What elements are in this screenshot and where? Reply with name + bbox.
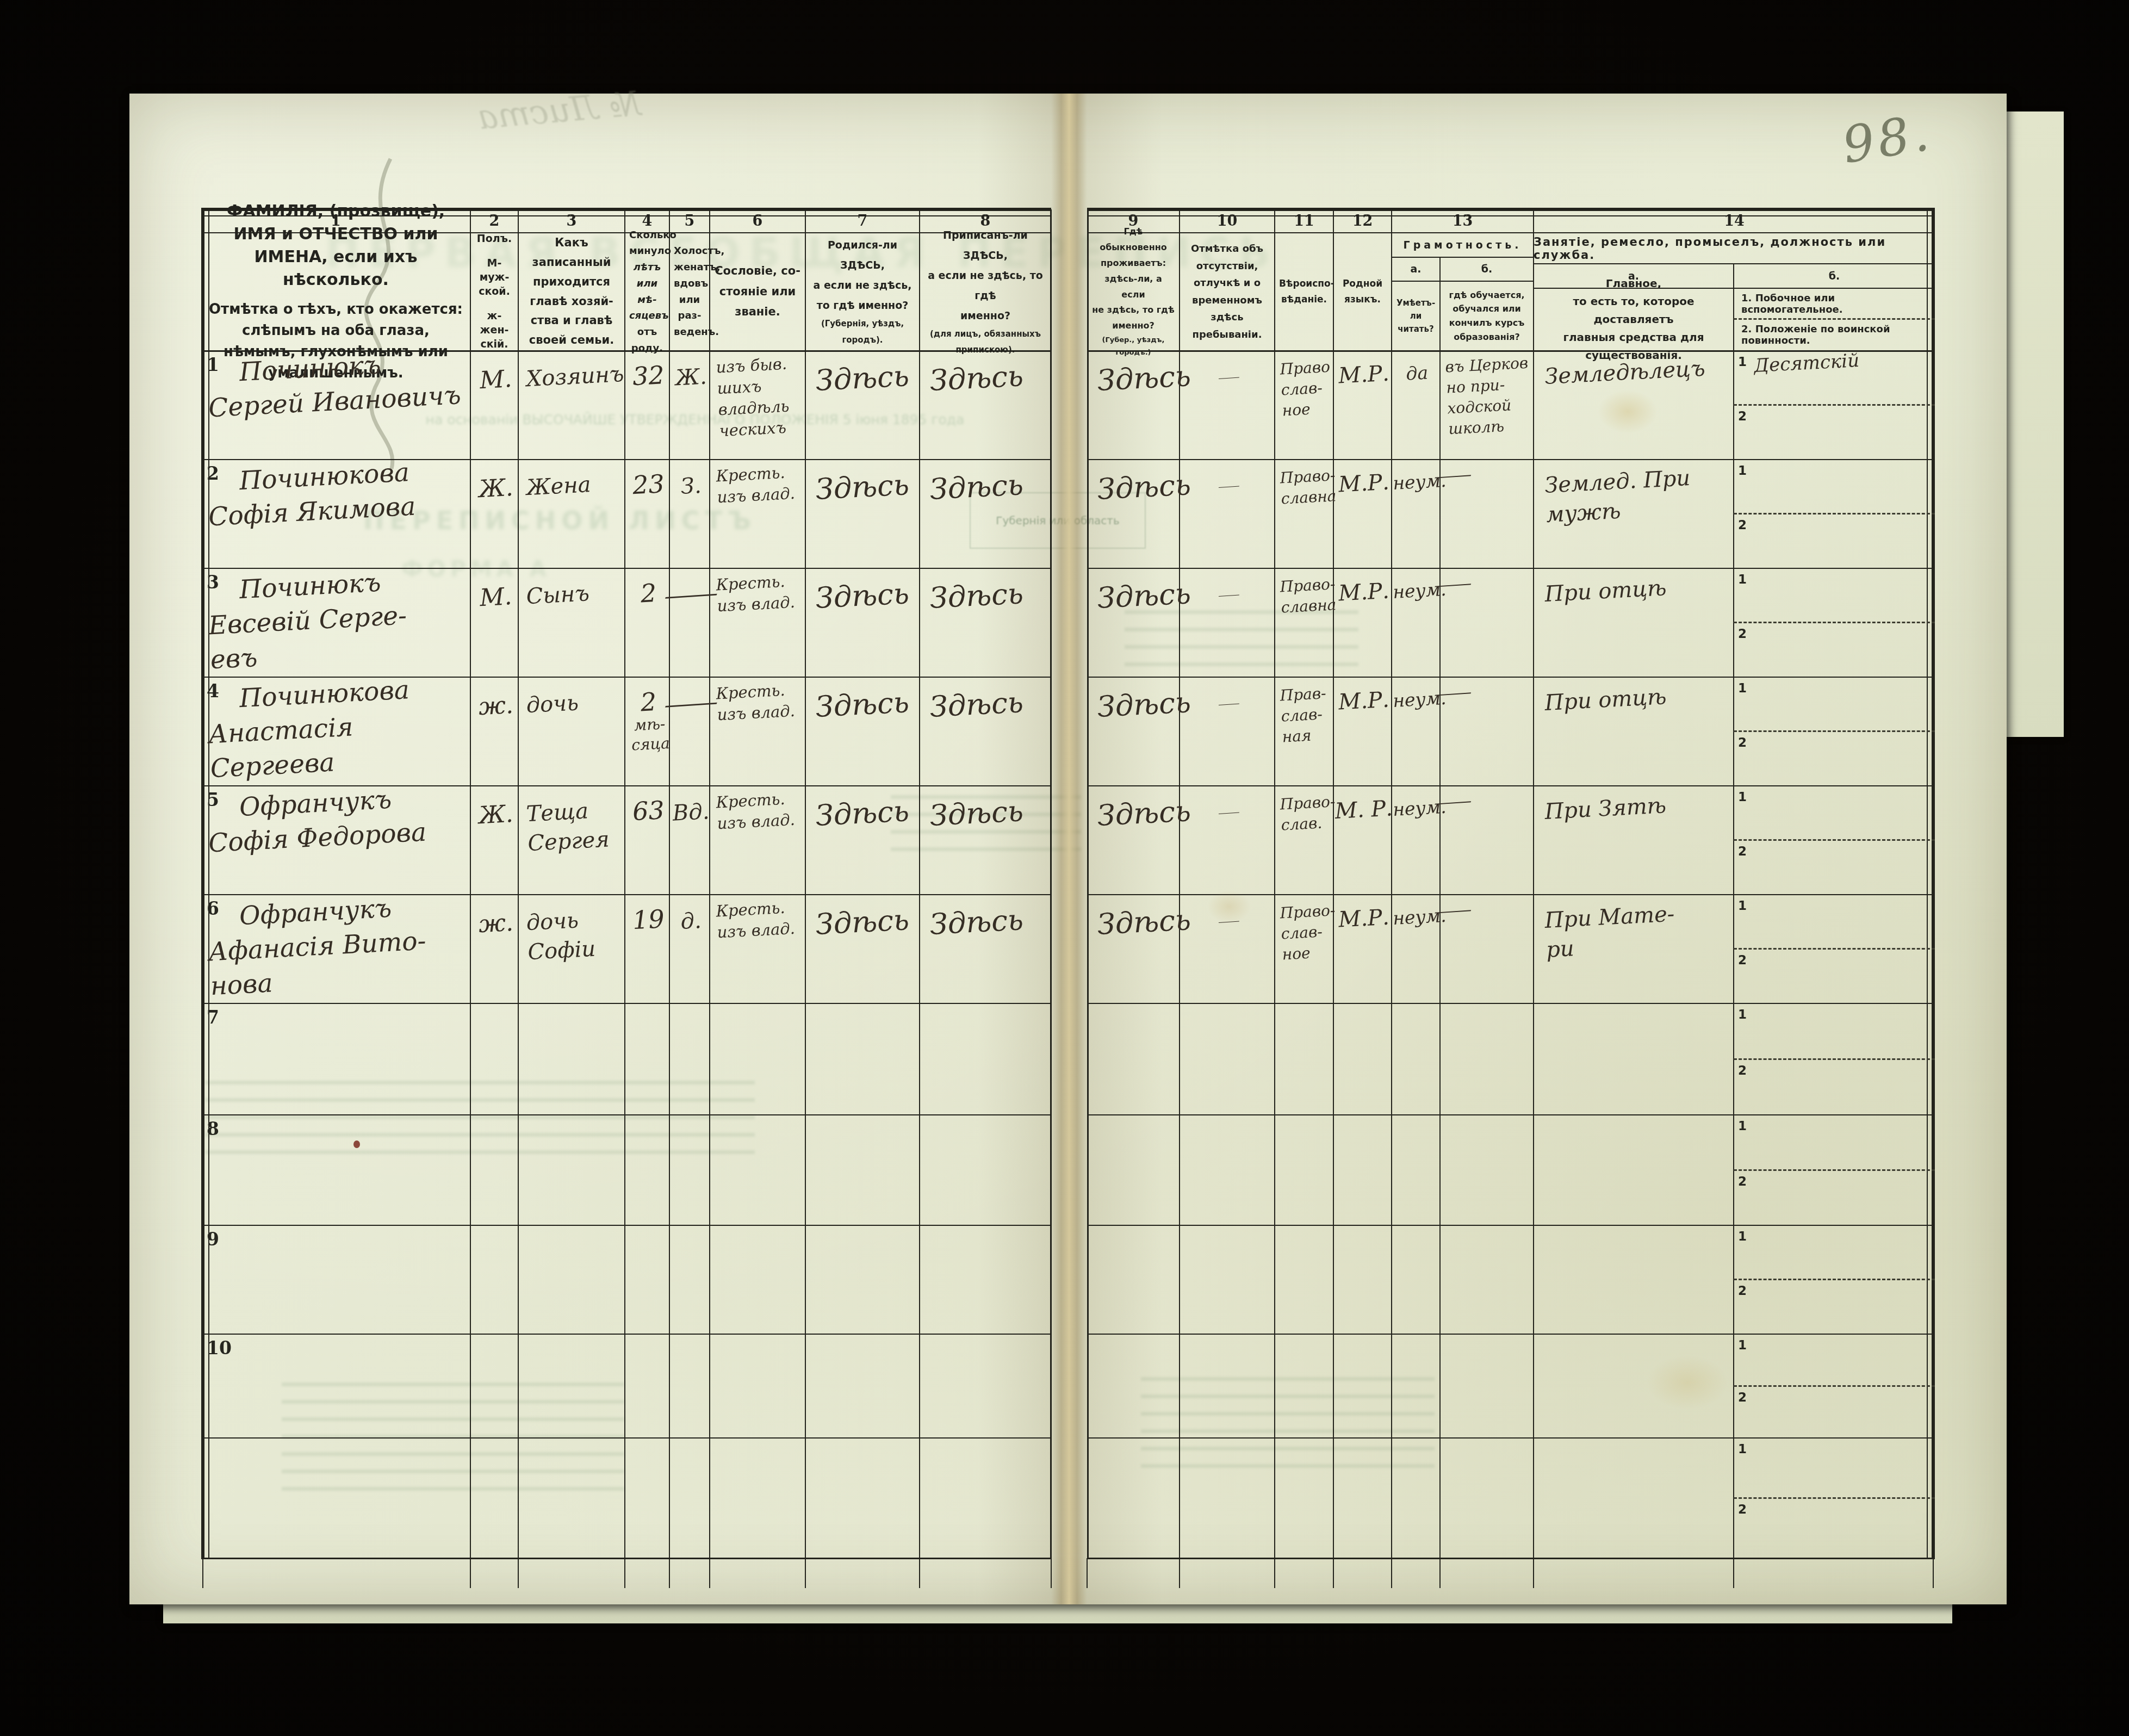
grid-line-h xyxy=(1734,948,1935,950)
grid-line-h xyxy=(201,1114,1051,1115)
paper-stain xyxy=(1598,390,1658,433)
text-line: Десятскій xyxy=(1753,345,1936,378)
text-line: Софіи xyxy=(527,933,629,968)
cell-r3-born: Здѣсь xyxy=(805,562,925,677)
cell-r3-occ_main: При отцѣ xyxy=(1534,558,1739,677)
text-line: Право- xyxy=(1280,900,1335,923)
grid-line-v xyxy=(1179,1558,1180,1588)
occupation-sub-label: 2 xyxy=(1738,518,1747,532)
text-line: Родился-ли ЗДѢСЬ, xyxy=(810,235,915,276)
census-table: 1234567891011121314ФАМИЛІЯ, (прозвище), … xyxy=(201,209,1935,1558)
header-col8-registration: Приписанъ-ли ЗДѢСЬ,а если не здѣсь, то г… xyxy=(920,233,1051,351)
cell-r1-registered: Здѣсь xyxy=(920,344,1057,459)
grid-line-v xyxy=(919,1558,920,1588)
cell-r3-marital: — xyxy=(669,566,715,677)
cell-r2-marital: З. xyxy=(669,457,715,568)
cell-r5-age: 63 xyxy=(625,784,675,895)
cell-r2-born: Здѣсь xyxy=(805,454,925,568)
grid-line-v xyxy=(202,1558,203,1588)
text-line: Прав- xyxy=(1280,683,1335,706)
header-col7-birthplace: Родился-ли ЗДѢСЬ,а если не здѣсь,то гдѣ … xyxy=(805,233,920,351)
cell-r2-religion: Право-славна xyxy=(1275,456,1339,568)
text-line: М. xyxy=(471,582,521,612)
text-line: М.Р. xyxy=(1334,361,1393,389)
cell-r2-relation: Жена xyxy=(518,454,630,568)
occupation-sub-label: 2 xyxy=(1738,1391,1747,1405)
cell-r5-occ_main: При Зятѣ xyxy=(1534,776,1739,895)
cell-r1-literate: да xyxy=(1392,348,1445,459)
cell-r2-resides: Здѣсь xyxy=(1087,455,1185,568)
cell-r2-sex: Ж. xyxy=(470,457,524,568)
text-line: — xyxy=(1432,791,1474,814)
text-line: а если не здѣсь, xyxy=(810,276,915,296)
text-line: М.Р. xyxy=(1334,904,1393,933)
text-line: Здѣсь xyxy=(929,684,1053,724)
text-line: изъ влад. xyxy=(717,809,808,835)
cell-r1-absence: — xyxy=(1180,346,1280,460)
occupation-sub-label: 1 xyxy=(1738,681,1747,696)
cell-r3-registered: Здѣсь xyxy=(920,561,1057,677)
text-line: — xyxy=(1216,698,1240,710)
text-line: женатъ, xyxy=(674,259,705,276)
header-col2-sex: Полъ.М-муж-ской.ж-жен-скій. xyxy=(470,233,518,351)
cell-r4-relation: дочь xyxy=(518,672,630,786)
grid-line-v xyxy=(1391,1558,1392,1588)
cell-r6-born: Здѣсь xyxy=(805,889,925,1003)
cell-r4-occ_main: При отцѣ xyxy=(1534,667,1739,786)
grid-line-h xyxy=(201,1003,1051,1004)
text-line: Здѣсь xyxy=(929,358,1053,398)
text-line: изъ влад. xyxy=(717,917,808,944)
cell-r2-registered: Здѣсь xyxy=(920,452,1057,568)
text-line: Здѣсь xyxy=(815,576,922,615)
column-number: 13 xyxy=(1392,209,1534,233)
column-number: 6 xyxy=(710,209,805,233)
text-line: веденъ. xyxy=(674,324,705,340)
text-line: ж-жен- xyxy=(475,309,514,337)
header-col3-relation: Какъ записанный при­ходится главѣ хозяй­… xyxy=(518,233,625,351)
text-line: языкъ. xyxy=(1338,292,1387,308)
text-line: М.Р. xyxy=(1334,687,1393,715)
cell-r2-age: 23 xyxy=(625,457,675,568)
header-col9-residence: Гдѣ обыкновеннопроживаетъ:здѣсь-ли, а ес… xyxy=(1087,233,1180,351)
grid-line-h xyxy=(1734,1497,1935,1499)
cell-r5-language: М. Р. xyxy=(1333,783,1397,894)
row-number: 9 xyxy=(207,1229,219,1250)
text-line: дочь xyxy=(525,686,627,721)
cell-r4-religion: Прав-слав-ная xyxy=(1275,674,1339,785)
text-line: да xyxy=(1392,361,1442,385)
text-line: Хозяинъ xyxy=(525,359,627,394)
occupation-sub-label: 1 xyxy=(1738,1442,1747,1456)
cell-r5-marital: Вд. xyxy=(669,784,715,895)
text-line: или раз- xyxy=(674,292,705,324)
text-line: слав- xyxy=(1281,703,1336,727)
grid-line-h xyxy=(201,1225,1051,1226)
cell-r6-religion: Право-слав-ное xyxy=(1275,891,1339,1003)
header-occupation-group: Занятіе, ремесло, промыселъ, должность и… xyxy=(1534,233,1935,264)
cell-r2-name: ПочинюковаСофія Якимова xyxy=(201,445,476,568)
cell-r1-resides: Здѣсь xyxy=(1087,346,1185,460)
grid-line-v xyxy=(709,1558,710,1588)
cell-r5-edu: — xyxy=(1440,781,1539,895)
text-line: Здѣсь xyxy=(815,468,922,506)
text-line: то есть то, которое доставляетъ xyxy=(1538,293,1729,328)
text-line: М. Р. xyxy=(1334,796,1393,824)
text-line: Холостъ, xyxy=(674,243,705,259)
cell-r6-edu: — xyxy=(1440,890,1539,1003)
column-number: 14 xyxy=(1534,209,1935,233)
header-col6-estate: Сословіе, со­стояніе или зва­ніе. xyxy=(710,233,805,351)
text-line: — xyxy=(1216,807,1240,819)
occupation-sub-label: 1 xyxy=(1738,573,1747,587)
grid-line-h xyxy=(1734,404,1935,406)
text-line: Здѣсь xyxy=(815,903,922,941)
text-line: (Губернія, уѣздъ, городъ). xyxy=(810,316,915,348)
header-col10-absence: Отмѣтка объ отсутствіи, отлучкѣ и о врем… xyxy=(1180,233,1275,351)
text-line: Здѣсь xyxy=(929,793,1053,833)
text-line: ное xyxy=(1282,941,1337,965)
text-line: Право- xyxy=(1280,465,1335,488)
text-line: При Зятѣ xyxy=(1544,788,1735,827)
header-literacy-group: Грамотность. xyxy=(1392,233,1534,257)
bleedthrough-sheet-number: № Листа xyxy=(476,83,642,137)
text-line: а если не здѣсь, то гдѣ xyxy=(924,266,1047,306)
cell-r6-age: 19 xyxy=(625,892,675,1003)
cell-r4-born: Здѣсь xyxy=(805,671,925,786)
cell-r6-relation: дочьСофіи xyxy=(518,889,630,1003)
text-line: или мѣ- xyxy=(629,276,665,308)
text-line: — xyxy=(1432,900,1474,923)
text-line: изъ влад. xyxy=(717,591,808,617)
cell-r6-name: ОфранчукъАфанасія Вито-нова xyxy=(201,881,476,1003)
cell-r6-sex: ж. xyxy=(470,892,524,1003)
text-line: З. xyxy=(670,473,711,500)
text-line: 32 xyxy=(625,362,671,390)
cell-r1-language: М.Р. xyxy=(1333,348,1397,459)
grid-line-h xyxy=(1734,1058,1935,1060)
paper-stain xyxy=(1207,890,1251,923)
text-line: Здѣсь xyxy=(929,902,1053,941)
text-line: здѣсь-ли, а если xyxy=(1091,271,1175,303)
text-line: обучался или xyxy=(1444,302,1529,316)
header-col11-religion: Вѣроиспо-вѣданіе. xyxy=(1275,233,1333,351)
text-line: дочь xyxy=(525,903,627,938)
text-line: Здѣсь xyxy=(815,685,922,724)
cell-r4-sex: ж. xyxy=(470,674,524,785)
text-line: Гдѣ обыкновенно xyxy=(1091,224,1175,256)
text-line: славна xyxy=(1281,486,1336,509)
text-line: ской. xyxy=(475,285,514,299)
row-number: 10 xyxy=(207,1337,232,1359)
cell-r4-absence: — xyxy=(1180,672,1280,786)
text-line: д. xyxy=(670,908,711,935)
header-literacy-b-label: б. xyxy=(1440,257,1534,281)
grid-line-h xyxy=(1087,1558,1935,1559)
text-line: М.Р. xyxy=(1334,469,1393,498)
text-line: Право- xyxy=(1280,791,1335,815)
text-line: гдѣ обучается, xyxy=(1444,288,1529,302)
text-line: 63 xyxy=(625,797,671,825)
cell-r4-age: 2мѣ-сяца xyxy=(625,675,675,786)
cell-r6-registered: Здѣсь xyxy=(920,888,1057,1003)
text-line: Теща xyxy=(525,795,627,829)
occupation-sub-label: 2 xyxy=(1738,1064,1747,1078)
grid-line-v xyxy=(1933,1558,1934,1588)
text-line: Здѣсь xyxy=(1096,469,1182,506)
text-line: — xyxy=(1432,682,1474,705)
text-line: ная xyxy=(1282,724,1337,747)
text-line: изъ влад. xyxy=(717,700,808,726)
text-line: Ж. xyxy=(471,799,521,830)
text-line: Здѣсь xyxy=(1096,360,1182,398)
cell-r3-name: ПочинюкъЕвсевій Серге-евъ xyxy=(201,554,476,677)
grid-line-v xyxy=(470,1558,471,1588)
column-number: 7 xyxy=(805,209,920,233)
cell-r1-estate: изъ быв.шихъвладѣльческихъ xyxy=(710,346,811,460)
grid-line-h xyxy=(1734,1279,1935,1280)
text-line: минуло xyxy=(629,243,665,259)
cell-r3-sex: М. xyxy=(470,566,524,677)
text-line: М.Р. xyxy=(1334,578,1393,606)
grid-line-v xyxy=(1333,1558,1334,1588)
cell-r1-edu: въ Церковно при-ходскойшколѣ xyxy=(1440,346,1539,460)
cell-r5-name: ОфранчукъСофія Федорова xyxy=(201,772,476,895)
grid-line-v xyxy=(1932,209,1935,1558)
text-line: М-муж- xyxy=(475,257,514,284)
grid-line-h xyxy=(201,1437,1051,1439)
cell-r5-relation: ТещаСергея xyxy=(518,780,630,895)
text-line: лѣтъ xyxy=(629,259,665,276)
cell-r6-marital: д. xyxy=(669,892,715,1003)
grid-line-h xyxy=(201,1334,1051,1335)
text-line: — xyxy=(1432,464,1474,488)
text-line: Приписанъ-ли ЗДѢСЬ, xyxy=(924,226,1047,266)
text-line: изъ влад. xyxy=(717,482,808,509)
text-line: 19 xyxy=(625,906,671,934)
header-col12-language: Роднойязыкъ. xyxy=(1333,233,1392,351)
header-col1-title: ФАМИЛІЯ, (прозвище), ИМЯ и ОТЧЕСТВО или … xyxy=(206,200,466,292)
text-line: Здѣсь xyxy=(815,359,922,398)
grid-line-v xyxy=(805,1558,806,1588)
cell-r3-edu: — xyxy=(1440,563,1539,677)
cell-r5-estate: Кресть.изъ влад. xyxy=(710,781,811,895)
text-line: Здѣсь xyxy=(929,575,1053,615)
text-line: Вд. xyxy=(670,799,711,826)
text-line: Сынъ xyxy=(525,577,627,612)
text-line: Право xyxy=(1280,356,1335,380)
cell-r5-absence: — xyxy=(1180,781,1280,895)
grid-line-v xyxy=(1533,1558,1534,1588)
header-literacy-a-label: а. xyxy=(1392,257,1440,281)
cell-r1-occ_side: Десятскій xyxy=(1734,340,1938,405)
text-line: Вѣроиспо- xyxy=(1279,276,1329,292)
occupation-sub-label: 2 xyxy=(1738,1284,1747,1298)
text-line: Родной xyxy=(1338,276,1387,292)
occupation-sub-label: 1 xyxy=(1738,1230,1747,1244)
text-line: Здѣсь xyxy=(1096,578,1182,615)
cell-r5-religion: Право-слав. xyxy=(1275,783,1339,894)
column-number: 11 xyxy=(1275,209,1333,233)
ink-stain xyxy=(353,1140,360,1148)
text-line: ное xyxy=(1282,398,1337,421)
occupation-sub-label: 2 xyxy=(1738,410,1747,424)
text-line: ж. xyxy=(471,908,521,939)
text-line: Здѣсь xyxy=(815,794,922,833)
paper-stain xyxy=(1647,1355,1728,1410)
row-number: 8 xyxy=(207,1118,219,1139)
text-line: ческихъ xyxy=(719,416,810,442)
grid-line-v xyxy=(1051,1558,1052,1588)
cell-r5-born: Здѣсь xyxy=(805,780,925,895)
cell-r2-edu: — xyxy=(1440,455,1539,568)
grid-line-v xyxy=(518,1558,519,1588)
text-line: именно? xyxy=(1091,318,1175,334)
text-line: Жена xyxy=(525,468,627,503)
text-line: — xyxy=(1216,480,1240,492)
cell-r2-occ_main: Землед. Примужѣ xyxy=(1534,449,1739,568)
text-line: Здѣсь xyxy=(1096,795,1182,833)
text-line: ж. xyxy=(471,691,521,721)
header-col5-marital: Холостъ,женатъ,вдовъили раз-веденъ. xyxy=(669,233,710,351)
text-line: читать? xyxy=(1396,323,1436,336)
occupation-sub-label: 1 xyxy=(1738,464,1747,478)
cell-r4-registered: Здѣсь xyxy=(920,670,1057,785)
text-line: — xyxy=(1432,573,1474,597)
cell-r1-name: ПочинюкъСергей Ивановичъ xyxy=(201,337,476,460)
text-line: сяцевъ xyxy=(629,308,665,324)
text-line: Ж. xyxy=(670,364,711,391)
occupation-sub-label: 2 xyxy=(1738,953,1747,968)
cell-r1-sex: М. xyxy=(470,348,524,459)
cell-r1-born: Здѣсь xyxy=(805,345,925,460)
text-line: При отцѣ xyxy=(1544,679,1735,718)
cell-r3-estate: Кресть.изъ влад. xyxy=(710,563,811,677)
grid-line-v xyxy=(1439,1558,1441,1588)
text-line: Здѣсь xyxy=(929,467,1053,506)
cell-r6-language: М.Р. xyxy=(1333,891,1397,1003)
header-can-read: Умѣетъ-личитать? xyxy=(1392,281,1440,351)
cell-r4-estate: Кресть.изъ влад. xyxy=(710,672,811,786)
cell-r6-occ_main: При Мате-ри xyxy=(1534,884,1739,1003)
text-line: Ж. xyxy=(471,473,521,504)
text-line: Здѣсь xyxy=(1096,904,1182,941)
text-line: — xyxy=(1216,589,1240,601)
text-line: славна xyxy=(1281,594,1336,618)
grid-line-v xyxy=(1733,1558,1734,1588)
grid-line-h xyxy=(1734,1385,1935,1387)
text-line: то гдѣ именно? xyxy=(810,296,915,316)
cell-r5-registered: Здѣсь xyxy=(920,779,1057,894)
cell-r2-language: М.Р. xyxy=(1333,456,1397,568)
column-number: 10 xyxy=(1180,209,1275,233)
column-number: 12 xyxy=(1333,209,1392,233)
cell-r2-estate: Кресть.изъ влад. xyxy=(710,455,811,568)
cell-r3-relation: Сынъ xyxy=(518,563,630,677)
text-line: 23 xyxy=(625,470,671,499)
occupation-sub-label: 1 xyxy=(1738,790,1747,804)
cell-r4-name: ПочинюковаАнастасіяСергеева xyxy=(201,663,476,786)
text-line: ли xyxy=(1396,309,1436,323)
cell-r4-edu: — xyxy=(1440,672,1539,786)
text-line: Земледѣлецъ xyxy=(1544,352,1735,392)
cell-r3-absence: — xyxy=(1180,563,1280,677)
text-line: проживаетъ: xyxy=(1091,256,1175,271)
grid-line-v xyxy=(1927,209,1928,1558)
header-occupation-b-label: б. xyxy=(1734,264,1935,288)
cell-r1-age: 32 xyxy=(625,349,675,460)
column-number: 2 xyxy=(470,209,518,233)
cell-r6-resides: Здѣсь xyxy=(1087,890,1185,1003)
cell-r3-language: М.Р. xyxy=(1333,565,1397,677)
cell-r4-resides: Здѣсь xyxy=(1087,672,1185,786)
grid-line-v xyxy=(669,1558,670,1588)
grid-line-h xyxy=(1734,1169,1935,1171)
text-line: Сергея xyxy=(527,824,629,859)
text-line: Здѣсь xyxy=(1096,686,1182,724)
text-line: Право- xyxy=(1280,574,1335,597)
cell-r1-relation: Хозяинъ xyxy=(518,345,630,460)
cell-r3-resides: Здѣсь xyxy=(1087,563,1185,677)
cell-r3-age: 2 xyxy=(625,566,675,677)
text-line: — xyxy=(1216,371,1240,383)
grid-line-h xyxy=(1734,839,1935,841)
scanned-census-spread: ПЕРВАЯ ВСЕОБЩАЯ ПЕРЕПИСЬ на основаніи ВЫ… xyxy=(0,0,2129,1736)
text-line: слав- xyxy=(1281,921,1336,944)
text-line: (для лицъ, обязанныхъ xyxy=(924,326,1047,342)
column-number: 3 xyxy=(518,209,625,233)
cell-r1-religion: Православ-ное xyxy=(1275,348,1339,459)
text-line: кончилъ курсъ xyxy=(1444,316,1529,330)
occupation-sub-label: 2 xyxy=(1738,736,1747,750)
text-line: Полъ. xyxy=(475,232,514,246)
occupation-sub-label: 2 xyxy=(1738,627,1747,641)
text-line: слав. xyxy=(1281,812,1336,835)
text-line: школѣ xyxy=(1448,414,1538,440)
cell-r5-sex: Ж. xyxy=(470,783,524,894)
grid-line-h xyxy=(201,1558,1051,1559)
text-line: М. xyxy=(471,364,521,395)
text-line: образованія? xyxy=(1444,330,1529,344)
header-col4-age: Сколькоминулолѣтъили мѣ-сяцевъотъ роду. xyxy=(625,233,669,351)
text-line: вѣданіе. xyxy=(1279,292,1329,308)
grid-line-h xyxy=(1734,622,1935,623)
grid-line-v xyxy=(1274,1558,1275,1588)
grid-line-h xyxy=(1734,513,1935,514)
occupation-sub-label: 2 xyxy=(1738,1503,1747,1517)
cell-r4-marital: — xyxy=(669,675,715,786)
text-line: Сколько xyxy=(629,227,665,244)
grid-line-h xyxy=(1087,1225,1935,1226)
text-line: именно? xyxy=(924,306,1047,326)
text-line: слав- xyxy=(1281,377,1336,400)
text-line: Главное, xyxy=(1538,275,1729,293)
occupation-sub-label: 1 xyxy=(1738,899,1747,913)
occupation-sub-label: 1 xyxy=(1738,1338,1747,1353)
grid-line-v xyxy=(1087,1558,1088,1588)
text-line: вдовъ xyxy=(674,276,705,292)
text-line: Умѣетъ- xyxy=(1396,296,1436,309)
header-education: гдѣ обучается,обучался иликончилъ курсъо… xyxy=(1440,281,1534,351)
cell-r6-estate: Кресть.изъ влад. xyxy=(710,890,811,1003)
text-line: сяца xyxy=(628,734,674,755)
cell-r5-resides: Здѣсь xyxy=(1087,781,1185,895)
occupation-sub-label: 1 xyxy=(1738,1008,1747,1022)
row-number: 7 xyxy=(207,1007,219,1028)
grid-line-h xyxy=(1087,1437,1935,1439)
header-occupation-side-1: 1. Побочное или вспомогательное. xyxy=(1734,288,1935,319)
text-line: При отцѣ xyxy=(1544,570,1735,609)
